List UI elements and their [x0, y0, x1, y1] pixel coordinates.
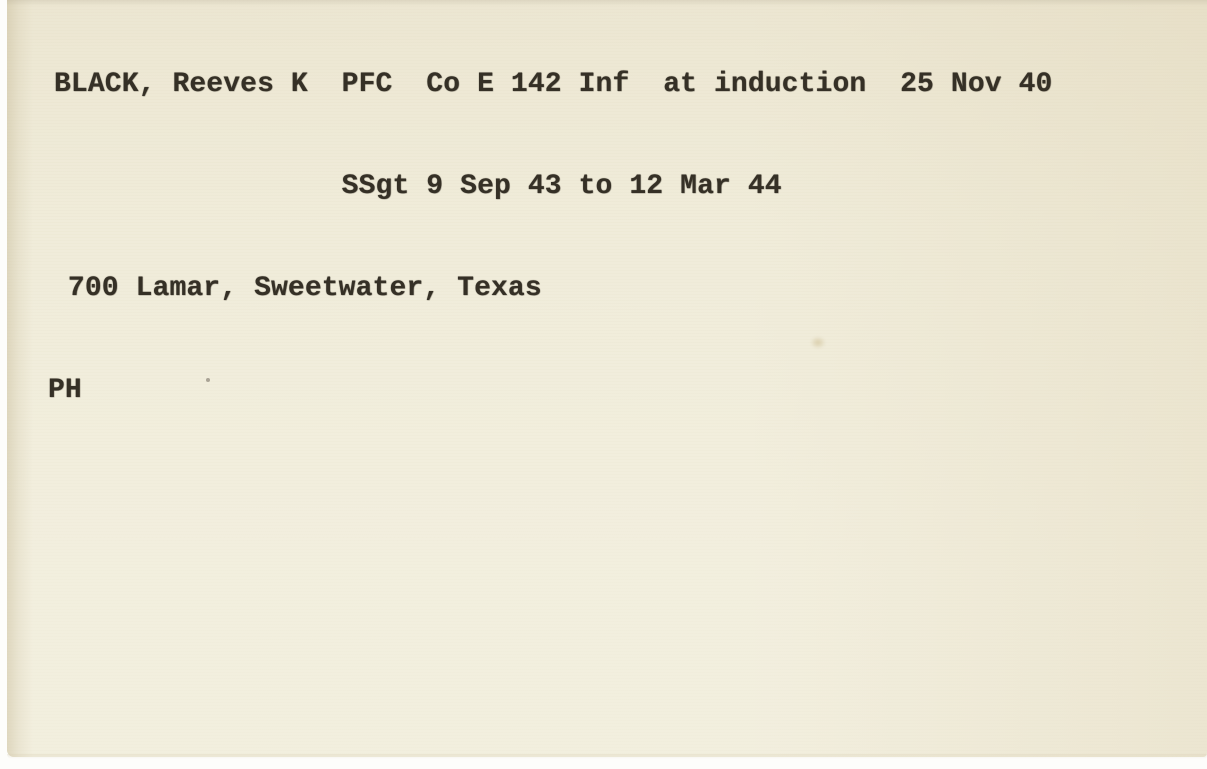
typed-text-block: BLACK, Reeves K PFC Co E 142 Inf at indu… [51, 0, 1052, 476]
card-line-address: 700 Lamar, Sweetwater, Texas [51, 272, 1052, 306]
scan-speck [206, 378, 210, 382]
card-line-name-rank-unit: BLACK, Reeves K PFC Co E 142 Inf at indu… [54, 68, 1052, 102]
index-card: BLACK, Reeves K PFC Co E 142 Inf at indu… [7, 0, 1207, 757]
card-line-award: PH [48, 374, 1052, 408]
card-line-promotion-dates: SSgt 9 Sep 43 to 12 Mar 44 [54, 170, 1052, 204]
paper-smudge [810, 336, 826, 349]
